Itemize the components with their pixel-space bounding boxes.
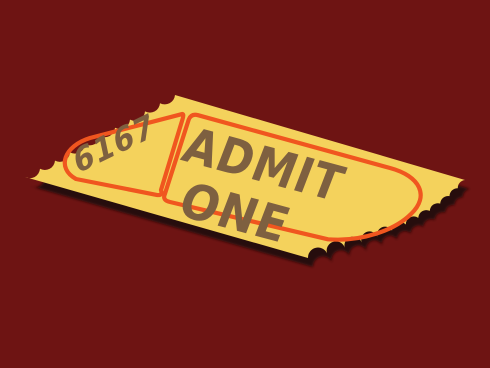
ticket-illustration-canvas: 6167 ADMIT ONE — [0, 0, 490, 368]
illustration-stage: 6167 ADMIT ONE — [0, 0, 490, 368]
